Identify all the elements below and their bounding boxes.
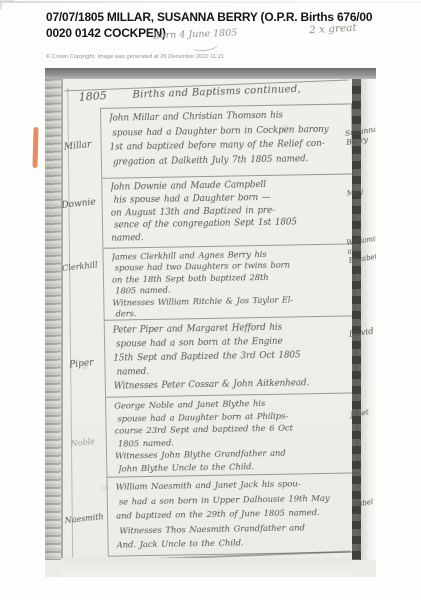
scan-artifact-corner	[0, 0, 14, 10]
register-entry-clerkhill: Clerkhill James Clerkhill and Agnes Berr…	[102, 243, 355, 319]
register-scan-image: 1805 Births and Baptisms continued, Mill…	[45, 68, 376, 577]
record-title-line1: 07/07/1805 MILLAR, SUSANNA BERRY (O.P.R.…	[46, 10, 372, 24]
pencil-annotation-born: Born 4 June 1805	[153, 28, 238, 42]
entry-body: John Downie and Maude Campbell his spous…	[102, 174, 353, 245]
entry-body: George Noble and Janet Blythe his spouse…	[106, 393, 357, 476]
register-entry-downie: Downie John Downie and Maude Campbell hi…	[101, 173, 354, 247]
entry-body: William Naesmith and Janet Jack his spou…	[107, 473, 358, 553]
page-heading: Births and Baptisms continued,	[117, 83, 317, 101]
entry-surname: Piper	[59, 357, 104, 372]
document-scan-page: 07/07/1805 MILLAR, SUSANNA BERRY (O.P.R.…	[0, 0, 421, 600]
copyright-line: © Crown Copyright. Image was generated a…	[46, 54, 224, 60]
entry-body: Peter Piper and Margaret Hefford his spo…	[105, 316, 356, 393]
ruled-line-margin	[67, 87, 73, 557]
entry-surname: Millar	[55, 139, 100, 154]
record-title-line2: 0020 0142 COCKPEN)	[46, 26, 166, 40]
entry-surname: Clerkhill	[57, 259, 102, 274]
entry-line: gregation at Dalkeith July 7th 1805 name…	[113, 151, 350, 170]
entry-child-name: Williamina and Elizabeth	[346, 234, 376, 266]
pencil-flourish	[192, 40, 219, 53]
entry-surname: Noble	[60, 436, 105, 450]
entry-body: James Clerkhill and Agnes Berry his spou…	[103, 244, 354, 320]
pencil-annotation-relation: 2 x great	[309, 22, 357, 36]
register-entry-noble: Noble George Noble and Janet Blythe his …	[105, 392, 358, 476]
entry-surname: Naesmith	[62, 512, 107, 526]
orange-highlight-mark	[32, 127, 38, 168]
register-entry-piper: Piper Peter Piper and Margaret Hefford h…	[104, 315, 357, 396]
entry-surname: Downie	[56, 197, 101, 212]
register-entry-millar: Millar John Millar and Christian Thomson…	[100, 103, 353, 177]
page-year: 1805	[78, 89, 107, 104]
register-page-content: 1805 Births and Baptisms continued, Mill…	[45, 68, 376, 577]
entry-body: John Millar and Christian Thomson his sp…	[101, 104, 352, 169]
scan-artifact-top	[0, 1, 421, 3]
register-entry-naesmith: Naesmith William Naesmith and Janet Jack…	[106, 472, 359, 556]
